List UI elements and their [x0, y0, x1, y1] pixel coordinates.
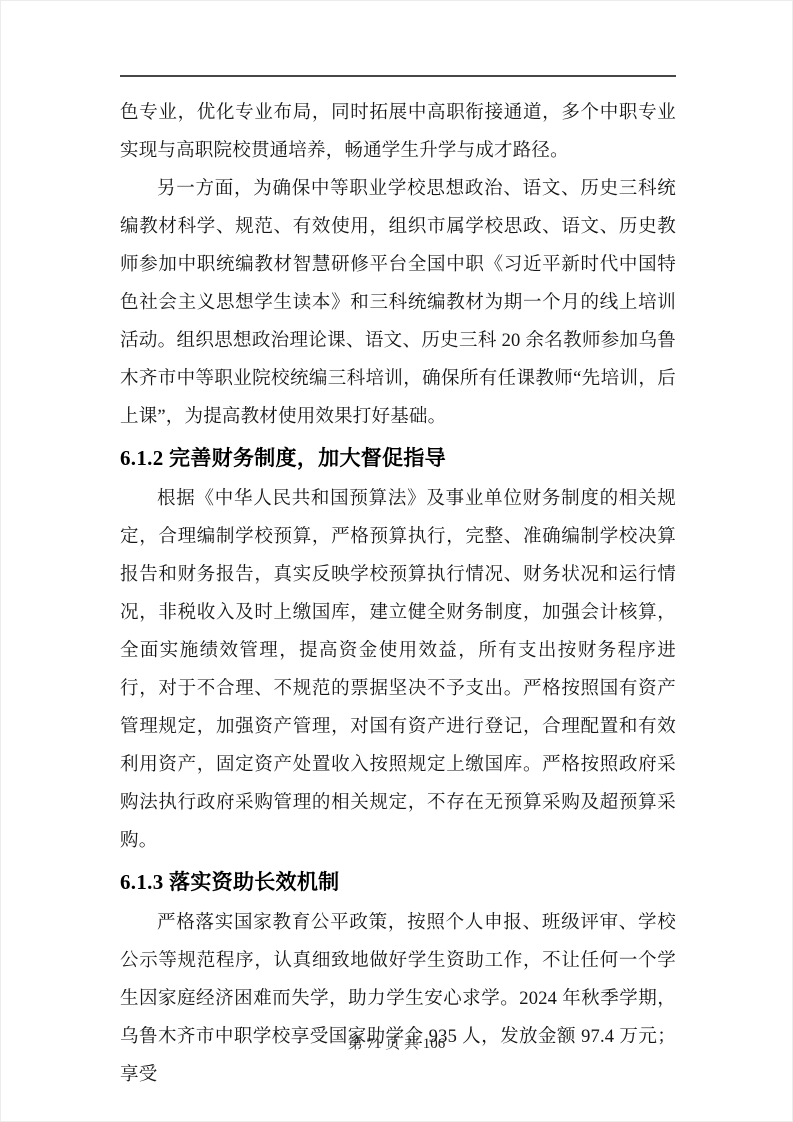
document-page: 色专业，优化专业布局，同时拓展中高职衔接通道，多个中职专业实现与高职院校贯通培养…	[0, 0, 793, 1122]
paragraph-continuation-2: 另一方面，为确保中等职业学校思想政治、语文、历史三科统编教材科学、规范、有效使用…	[120, 170, 676, 436]
page-number: 第 71 页 共 106	[348, 1036, 446, 1052]
section-heading-6-1-2: 6.1.2 完善财务制度，加大督促指导	[120, 436, 676, 480]
paragraph-6-1-3-body: 严格落实国家教育公平政策，按照个人申报、班级评审、学校公示等规范程序，认真细致地…	[120, 904, 676, 1094]
paragraph-6-1-2-body: 根据《中华人民共和国预算法》及事业单位财务制度的相关规定，合理编制学校预算，严格…	[120, 480, 676, 860]
paragraph-continuation-1: 色专业，优化专业布局，同时拓展中高职衔接通道，多个中职专业实现与高职院校贯通培养…	[120, 94, 676, 170]
section-heading-6-1-3: 6.1.3 落实资助长效机制	[120, 860, 676, 904]
page-content: 色专业，优化专业布局，同时拓展中高职衔接通道，多个中职专业实现与高职院校贯通培养…	[120, 94, 676, 1094]
header-rule	[120, 75, 676, 77]
page-footer: 第 71 页 共 106	[0, 1035, 793, 1054]
